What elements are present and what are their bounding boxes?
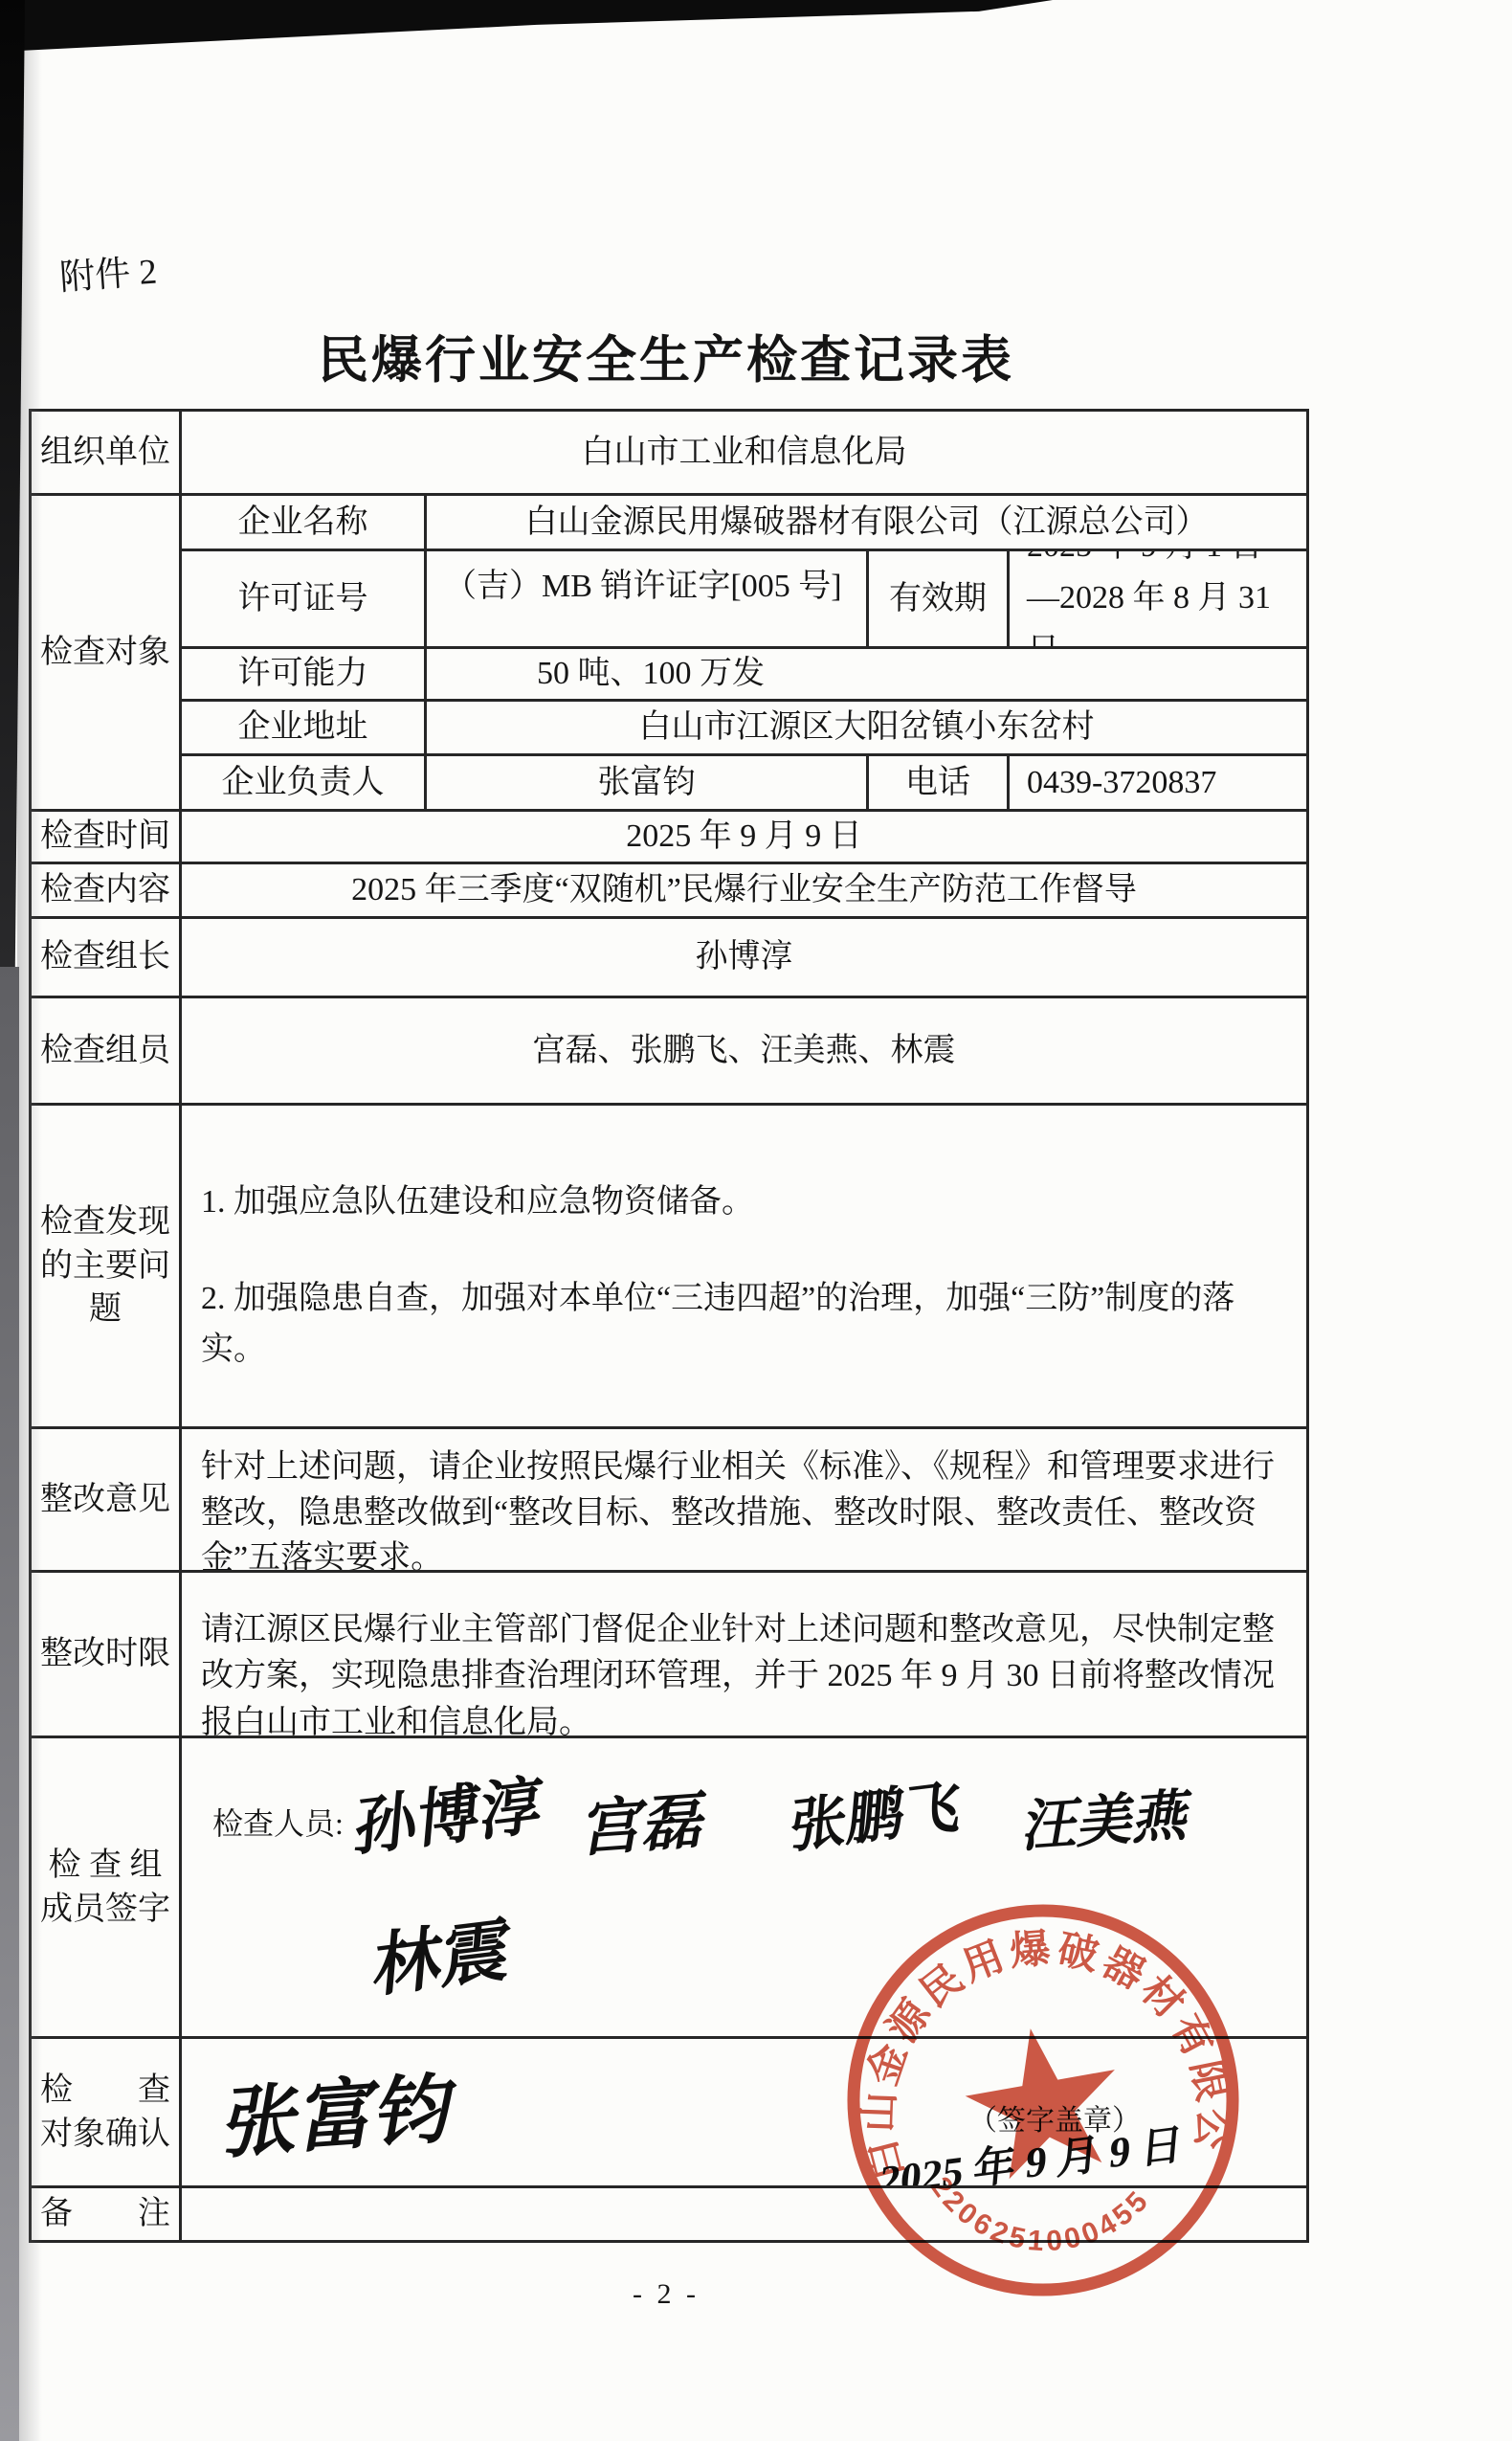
target-confirmation-label: 检 查 对象确认 [29, 2036, 179, 2185]
license-no-value: （吉）MB 销许证字[005 号] [424, 549, 866, 646]
company-seal-stamp: 白山金源民用爆破器材有限公司 2206251000455 [808, 1865, 1278, 2335]
capacity-label: 许可能力 [179, 646, 424, 699]
scan-artifact-left-edge-gray [0, 967, 19, 2441]
org-unit-value: 白山市工业和信息化局 [179, 409, 1306, 493]
head-value: 张富钧 [424, 753, 866, 809]
issue-item: 2. 加强隐患自查，加强对本单位“三违四超”的治理，加强“三防”制度的落实。 [201, 1273, 1287, 1375]
team-members-label: 检查组员 [29, 996, 179, 1103]
signature-gong-lei: 宫磊 [576, 1780, 713, 1872]
inspection-time-value: 2025 年 9 月 9 日 [179, 809, 1306, 862]
org-unit-label: 组织单位 [29, 409, 179, 493]
company-name-value: 白山金源民用爆破器材有限公司（江源总公司） [424, 493, 1306, 549]
issues-found-list: 1. 加强应急队伍建设和应急物资储备。 2. 加强隐患自查，加强对本单位“三违四… [179, 1103, 1306, 1426]
license-no-label: 许可证号 [179, 549, 424, 646]
phone-label: 电话 [866, 753, 1007, 809]
scan-artifact-top-edge [0, 0, 1053, 52]
phone-value: 0439-3720837 [1007, 753, 1306, 809]
rectification-opinion-label: 整改意见 [29, 1426, 179, 1570]
signature-zhang-fujun: 张富钧 [215, 2057, 463, 2178]
inspection-content-value: 2025 年三季度“双随机”民爆行业安全生产防范工作督导 [179, 862, 1306, 916]
rectification-deadline-label: 整改时限 [29, 1570, 179, 1736]
scanned-document-page: 附件 2 民爆行业安全生产检查记录表 组织单位 白山市工业和信息化局 检查对象 … [0, 0, 1512, 2441]
seal-serial-number: 2206251000455 [922, 2138, 1162, 2278]
company-name-label: 企业名称 [179, 493, 424, 549]
attachment-label: 附件 2 [57, 242, 158, 301]
issue-item: 1. 加强应急队伍建设和应急物资储备。 [201, 1176, 1287, 1227]
issues-found-label: 检查发现 的主要问 题 [29, 1103, 179, 1426]
head-label: 企业负责人 [179, 753, 424, 809]
document-title: 民爆行业安全生产检查记录表 [0, 320, 1332, 392]
signature-zhang-pengfei: 张鹏飞 [787, 1767, 965, 1867]
address-label: 企业地址 [179, 699, 424, 753]
remarks-label: 备 注 [29, 2185, 179, 2240]
seal-star-icon [956, 2015, 1130, 2183]
team-leader-label: 检查组长 [29, 916, 179, 996]
inspection-content-label: 检查内容 [29, 862, 179, 916]
team-leader-value: 孙博淳 [179, 916, 1306, 996]
signature-wang-meiyan: 汪美燕 [1017, 1778, 1197, 1866]
inspection-target-label: 检查对象 [29, 493, 179, 809]
signature-sun-bochun: 孙博淳 [351, 1762, 546, 1872]
signature-lin-zhen: 林震 [369, 1903, 515, 2015]
capacity-value: 50 吨、100 万发 [424, 646, 1306, 699]
team-members-value: 宫磊、张鹏飞、汪美燕、林震 [179, 996, 1306, 1103]
inspectors-prefix-label: 检查人员: [212, 1803, 344, 1845]
rectification-deadline-value: 请江源区民爆行业主管部门督促企业针对上述问题和整改意见，尽快制定整改方案，实现隐… [179, 1570, 1306, 1736]
validity-label: 有效期 [866, 549, 1007, 646]
validity-value: 2025 年 9 月 1 日—2028 年 8 月 31 日 [1007, 549, 1306, 646]
inspection-time-label: 检查时间 [29, 809, 179, 862]
team-signature-label: 检 查 组 成员签字 [29, 1736, 179, 2036]
address-value: 白山市江源区大阳岔镇小东岔村 [424, 699, 1306, 753]
rectification-opinion-value: 针对上述问题，请企业按照民爆行业相关《标准》、《规程》和管理要求进行整改，隐患整… [179, 1426, 1306, 1570]
